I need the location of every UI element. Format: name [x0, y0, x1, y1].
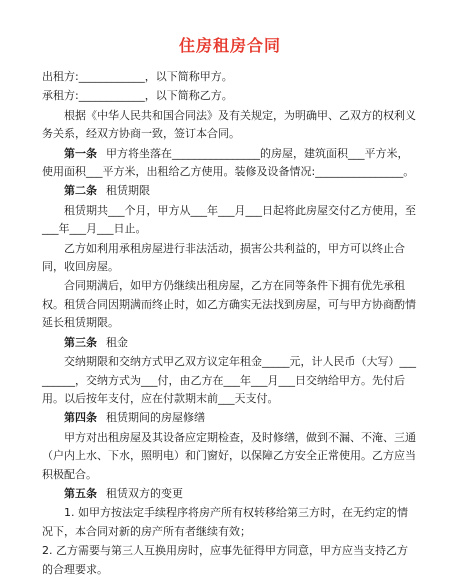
- paragraph: 1. 如甲方按法定手续程序将房产所有权转移给第三方时，在无约定的情况下，本合同对…: [42, 504, 418, 541]
- clause-paragraph: 第三条租金: [42, 334, 418, 352]
- clause-paragraph: 第二条租赁期限: [42, 182, 418, 200]
- clause-paragraph: 第四条租赁期间的房屋修缮: [42, 409, 418, 427]
- paragraph: 租赁期共___个月，甲方从___年___月___日起将此房屋交付乙方使用，至__…: [42, 202, 418, 239]
- paragraph: 出租方:____________，以下简称甲方。: [42, 68, 418, 86]
- clause-label: 第一条: [64, 147, 97, 160]
- clause-paragraph: 第一条甲方将坐落在________________的房屋，建筑面积___平方米，…: [42, 145, 418, 182]
- clause-label: 第四条: [64, 411, 97, 424]
- paragraph: 交纳期限和交纳方式甲乙双方议定年租金_____元，计人民币（大写）_______…: [42, 353, 418, 408]
- clause-label: 第五条: [64, 487, 97, 500]
- contract-page: 住房租房合同 出租方:____________，以下简称甲方。承租方:_____…: [0, 0, 456, 584]
- clause-paragraph: 第五条租赁双方的变更: [42, 485, 418, 503]
- paragraph: 甲方对出租房屋及其设备应定期检查，及时修缮，做到不漏、不淹、三通（户内上水、下水…: [42, 429, 418, 484]
- paragraph: 2. 乙方需要与第三人互换用房时，应事先征得甲方同意，甲方应当支持乙方的合理要求…: [42, 542, 418, 579]
- paragraph: 合同期满后，如甲方仍继续出租房屋，乙方在同等条件下拥有优先承租权。租赁合同因期满…: [42, 277, 418, 332]
- paragraph: 根据《中华人民共和国合同法》及有关规定，为明确甲、乙双方的权利义务关系，经双方协…: [42, 107, 418, 144]
- clause-label: 第三条: [64, 336, 97, 349]
- page-title: 住房租房合同: [42, 36, 418, 56]
- paragraphs: 出租方:____________，以下简称甲方。承租方:____________…: [42, 68, 418, 579]
- clause-label: 第二条: [64, 184, 97, 197]
- paragraph: 承租方:____________，以下简称乙方。: [42, 87, 418, 105]
- paragraph: 乙方如利用承租房屋进行非法活动，损害公共利益的，甲方可以终止合同，收回房屋。: [42, 240, 418, 277]
